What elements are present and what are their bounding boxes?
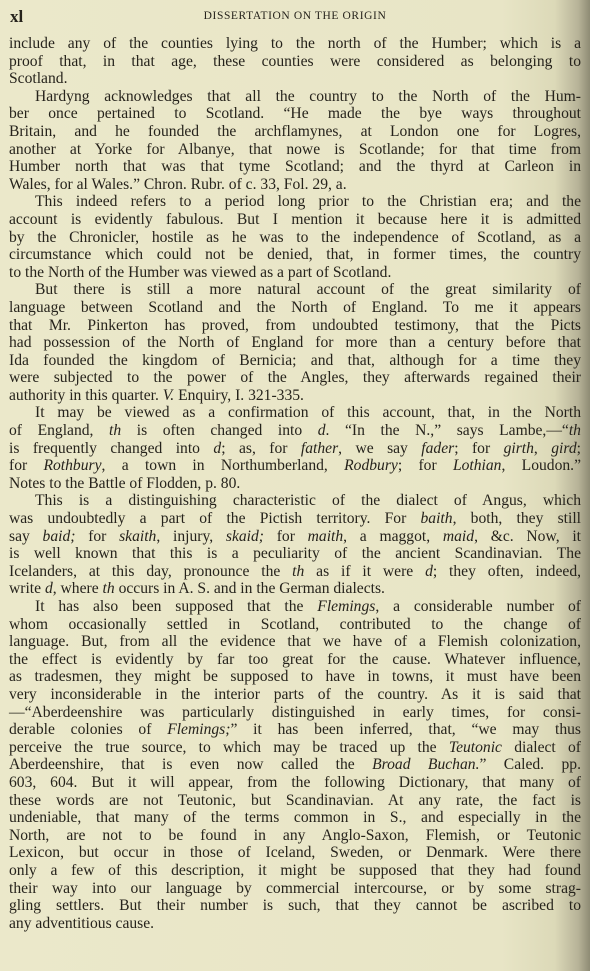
italic-term: Flemings	[317, 598, 375, 615]
text-run: , a considerable number of	[375, 598, 581, 615]
text-line: was undoubtedly a part of the Pictish te…	[9, 510, 581, 528]
text-run: was undoubtedly a part of the Pictish te…	[9, 510, 421, 527]
text-line: of England, th is often changed into d. …	[9, 422, 581, 440]
text-run: were subjected to the power of the Angle…	[9, 369, 581, 386]
paragraph: It has also been supposed that the Flemi…	[9, 598, 581, 932]
italic-term: baid;	[43, 528, 76, 545]
italic-term: Rothbury	[43, 457, 101, 474]
paragraph: include any of the counties lying to the…	[9, 35, 581, 88]
text-run: 603, 604. But it will appear, from the f…	[9, 774, 581, 791]
text-run: circumstance which could not be denied, …	[9, 246, 581, 263]
text-run: Britain, and he founded the archflamynes…	[9, 123, 581, 140]
italic-term: d	[45, 580, 53, 597]
text-line: Scotland.	[9, 70, 581, 88]
text-line: undeniable, that many of the terms commo…	[9, 809, 581, 827]
paragraph: This indeed refers to a period long prio…	[9, 193, 581, 281]
text-line: proof that, in that age, these counties …	[9, 53, 581, 71]
text-line: Humber north that was that tyme Scotland…	[9, 158, 581, 176]
italic-term: father	[301, 440, 338, 457]
text-line: their way into our language by commercia…	[9, 880, 581, 898]
text-line: whom occasionally settled in Scotland, c…	[9, 616, 581, 634]
text-run: ; for	[454, 440, 503, 457]
text-run: say	[9, 528, 43, 545]
text-run: Icelanders, at this day, pronounce the	[9, 563, 292, 580]
italic-term: th	[569, 422, 581, 439]
text-line: Hardyng acknowledges that all the countr…	[9, 88, 581, 106]
text-line: Lexicon, but occur in those of Iceland, …	[9, 844, 581, 862]
italic-term: th	[109, 422, 121, 439]
page-header: xl DISSERTATION ON THE ORIGIN	[10, 7, 580, 27]
text-run: Notes to the Battle of Flodden, p. 80.	[9, 475, 240, 492]
text-line: authority in this quarter. V. Enquiry, I…	[9, 387, 581, 405]
text-run: , Loudon.”	[501, 457, 581, 474]
text-line: Aberdeenshire, that is even now called t…	[9, 756, 581, 774]
text-run: , &c. Now, it	[474, 528, 581, 545]
text-line: write d, where th occurs in A. S. and in…	[9, 580, 581, 598]
text-line: This is a distinguishing characteristic …	[9, 492, 581, 510]
text-line: ber once pertained to Scotland. “He made…	[9, 105, 581, 123]
text-run: as tradesmen, they might be supposed to …	[9, 668, 581, 685]
text-line: This indeed refers to a period long prio…	[9, 193, 581, 211]
text-run: , a town in Northumberland,	[102, 457, 345, 474]
text-line: for Rothbury, a town in Northumberland, …	[9, 457, 581, 475]
text-run: , we say	[338, 440, 421, 457]
italic-term: V.	[163, 387, 174, 404]
italic-term: th	[103, 580, 115, 597]
text-line: any adventitious cause.	[9, 915, 581, 933]
text-line: is frequently changed into d; as, for fa…	[9, 440, 581, 458]
text-line: It has also been supposed that the Flemi…	[9, 598, 581, 616]
text-run: that Mr. Pinkerton has proved, from undo…	[9, 317, 581, 334]
book-page: xl DISSERTATION ON THE ORIGIN include an…	[0, 0, 590, 971]
text-run: as if it were	[304, 563, 425, 580]
text-run: their way into our language by commercia…	[9, 880, 581, 897]
text-run: , where	[53, 580, 103, 597]
italic-term: Rodbury	[344, 457, 398, 474]
italic-term: skaid;	[226, 528, 264, 545]
text-run: for	[9, 457, 43, 474]
text-line: say baid; for skaith, injury, skaid; for…	[9, 528, 581, 546]
text-line: account is evidently fabulous. But I men…	[9, 211, 581, 229]
italic-term: d	[425, 563, 433, 580]
text-run: for	[75, 528, 119, 545]
text-line: Ida founded the kingdom of Bernicia; and…	[9, 352, 581, 370]
text-run: , both, they still	[453, 510, 581, 527]
text-run: . “In the N.,” says Lambe,—“	[326, 422, 569, 439]
italic-term: baith	[421, 510, 453, 527]
text-run: by the Chronicler, hostile as he was to …	[9, 229, 581, 246]
text-run: Wales, for al Wales.” Chron. Rubr. of c.…	[9, 176, 347, 193]
text-run: Aberdeenshire, that is even now called t…	[9, 756, 372, 773]
text-run: Enquiry, I. 321-335.	[174, 387, 304, 404]
paragraph: This is a distinguishing characteristic …	[9, 492, 581, 598]
text-run: ” Caled. pp.	[479, 756, 581, 773]
text-run: ,	[534, 440, 551, 457]
text-line: gling settlers. But their number is such…	[9, 897, 581, 915]
text-line: these words are not Teutonic, but Scandi…	[9, 792, 581, 810]
italic-term: girth	[504, 440, 534, 457]
text-line: It may be viewed as a confirmation of th…	[9, 404, 581, 422]
text-run: for	[264, 528, 308, 545]
italic-term: gird	[551, 440, 576, 457]
text-line: as tradesmen, they might be supposed to …	[9, 668, 581, 686]
paragraph: But there is still a more natural accoun…	[9, 281, 581, 404]
text-run: derable colonies of	[9, 721, 167, 738]
text-run: Ida founded the kingdom of Bernicia; and…	[9, 352, 581, 369]
text-line: is well known that this is a peculiarity…	[9, 545, 581, 563]
text-run: had possession of the North of England f…	[9, 334, 581, 351]
text-run: any adventitious cause.	[9, 915, 154, 932]
italic-term: maid	[443, 528, 474, 545]
text-run: Hardyng acknowledges that all the countr…	[35, 88, 581, 105]
italic-term: fader	[421, 440, 454, 457]
text-line: include any of the counties lying to the…	[9, 35, 581, 53]
text-run: It has also been supposed that the	[35, 598, 317, 615]
text-line: that Mr. Pinkerton has proved, from undo…	[9, 317, 581, 335]
text-run: account is evidently fabulous. But I men…	[9, 211, 581, 228]
text-run: , injury,	[156, 528, 226, 545]
text-run: very inconsiderable in the interior part…	[9, 686, 581, 703]
text-run: ; as, for	[221, 440, 301, 457]
paragraph: It may be viewed as a confirmation of th…	[9, 404, 581, 492]
text-line: circumstance which could not be denied, …	[9, 246, 581, 264]
text-run: another at Yorke for Albanye, that nowe …	[9, 141, 581, 158]
text-line: But there is still a more natural accoun…	[9, 281, 581, 299]
text-run: these words are not Teutonic, but Scandi…	[9, 792, 581, 809]
text-run: occurs in A. S. and in the German dialec…	[115, 580, 385, 597]
text-line: to the North of the Humber was viewed as…	[9, 264, 581, 282]
text-line: very inconsiderable in the interior part…	[9, 686, 581, 704]
text-run: language. But, from all the evidence tha…	[9, 633, 581, 650]
italic-term: Teutonic	[449, 739, 502, 756]
italic-term: Flemings;	[167, 721, 230, 738]
text-run: only a few of this description, it might…	[9, 862, 581, 879]
text-run: This is a distinguishing characteristic …	[35, 492, 581, 509]
text-line: derable colonies of Flemings;” it has be…	[9, 721, 581, 739]
text-run: proof that, in that age, these counties …	[9, 53, 581, 70]
body-text: include any of the counties lying to the…	[9, 35, 581, 932]
text-run: Lexicon, but occur in those of Iceland, …	[9, 844, 581, 861]
text-line: 603, 604. But it will appear, from the f…	[9, 774, 581, 792]
text-run: to the North of the Humber was viewed as…	[9, 264, 391, 281]
text-run: —“Aberdeenshire was particularly disting…	[9, 704, 581, 721]
text-line: language. But, from all the evidence tha…	[9, 633, 581, 651]
text-run: of England,	[9, 422, 109, 439]
text-run: But there is still a more natural accoun…	[35, 281, 581, 298]
text-run: whom occasionally settled in Scotland, c…	[9, 616, 581, 633]
text-run: Scotland.	[9, 70, 67, 87]
text-line: were subjected to the power of the Angle…	[9, 369, 581, 387]
text-run: is often changed into	[121, 422, 318, 439]
text-line: Britain, and he founded the archflamynes…	[9, 123, 581, 141]
text-line: only a few of this description, it might…	[9, 862, 581, 880]
italic-term: th	[292, 563, 304, 580]
text-run: ” it has been inferred, that, “we may th…	[230, 721, 581, 738]
italic-term: skaith	[119, 528, 156, 545]
text-line: by the Chronicler, hostile as he was to …	[9, 229, 581, 247]
text-run: North, are not to be found in any Anglo-…	[9, 827, 581, 844]
text-line: —“Aberdeenshire was particularly disting…	[9, 704, 581, 722]
text-line: language between Scotland and the North …	[9, 299, 581, 317]
text-run: Humber north that was that tyme Scotland…	[9, 158, 581, 175]
text-run: ; they often, indeed,	[433, 563, 581, 580]
text-run: is frequently changed into	[9, 440, 213, 457]
text-run: It may be viewed as a confirmation of th…	[35, 404, 581, 421]
text-run: include any of the counties lying to the…	[9, 35, 581, 52]
italic-term: d	[318, 422, 326, 439]
text-line: had possession of the North of England f…	[9, 334, 581, 352]
text-run: perceive the true source, to which may b…	[9, 739, 449, 756]
text-line: Wales, for al Wales.” Chron. Rubr. of c.…	[9, 176, 581, 194]
text-run: language between Scotland and the North …	[9, 299, 581, 316]
text-line: North, are not to be found in any Anglo-…	[9, 827, 581, 845]
paragraph: Hardyng acknowledges that all the countr…	[9, 88, 581, 194]
text-run: ; for	[398, 457, 453, 474]
text-line: the effect is evidently by far too great…	[9, 651, 581, 669]
text-run: This indeed refers to a period long prio…	[35, 193, 581, 210]
text-line: Notes to the Battle of Flodden, p. 80.	[9, 475, 581, 493]
italic-term: Broad Buchan.	[372, 756, 479, 773]
text-run: is well known that this is a peculiarity…	[9, 545, 581, 562]
italic-term: Lothian	[453, 457, 502, 474]
italic-term: maith	[308, 528, 344, 545]
text-line: Icelanders, at this day, pronounce the t…	[9, 563, 581, 581]
text-run: gling settlers. But their number is such…	[9, 897, 581, 914]
text-run: write	[9, 580, 45, 597]
text-run: , a maggot,	[343, 528, 443, 545]
running-title: DISSERTATION ON THE ORIGIN	[10, 10, 580, 22]
text-run: ;	[577, 440, 581, 457]
text-run: ber once pertained to Scotland. “He made…	[9, 105, 581, 122]
text-run: the effect is evidently by far too great…	[9, 651, 581, 668]
text-line: another at Yorke for Albanye, that nowe …	[9, 141, 581, 159]
text-run: undeniable, that many of the terms commo…	[9, 809, 581, 826]
text-line: perceive the true source, to which may b…	[9, 739, 581, 757]
text-run: dialect of	[502, 739, 581, 756]
text-run: authority in this quarter.	[9, 387, 163, 404]
